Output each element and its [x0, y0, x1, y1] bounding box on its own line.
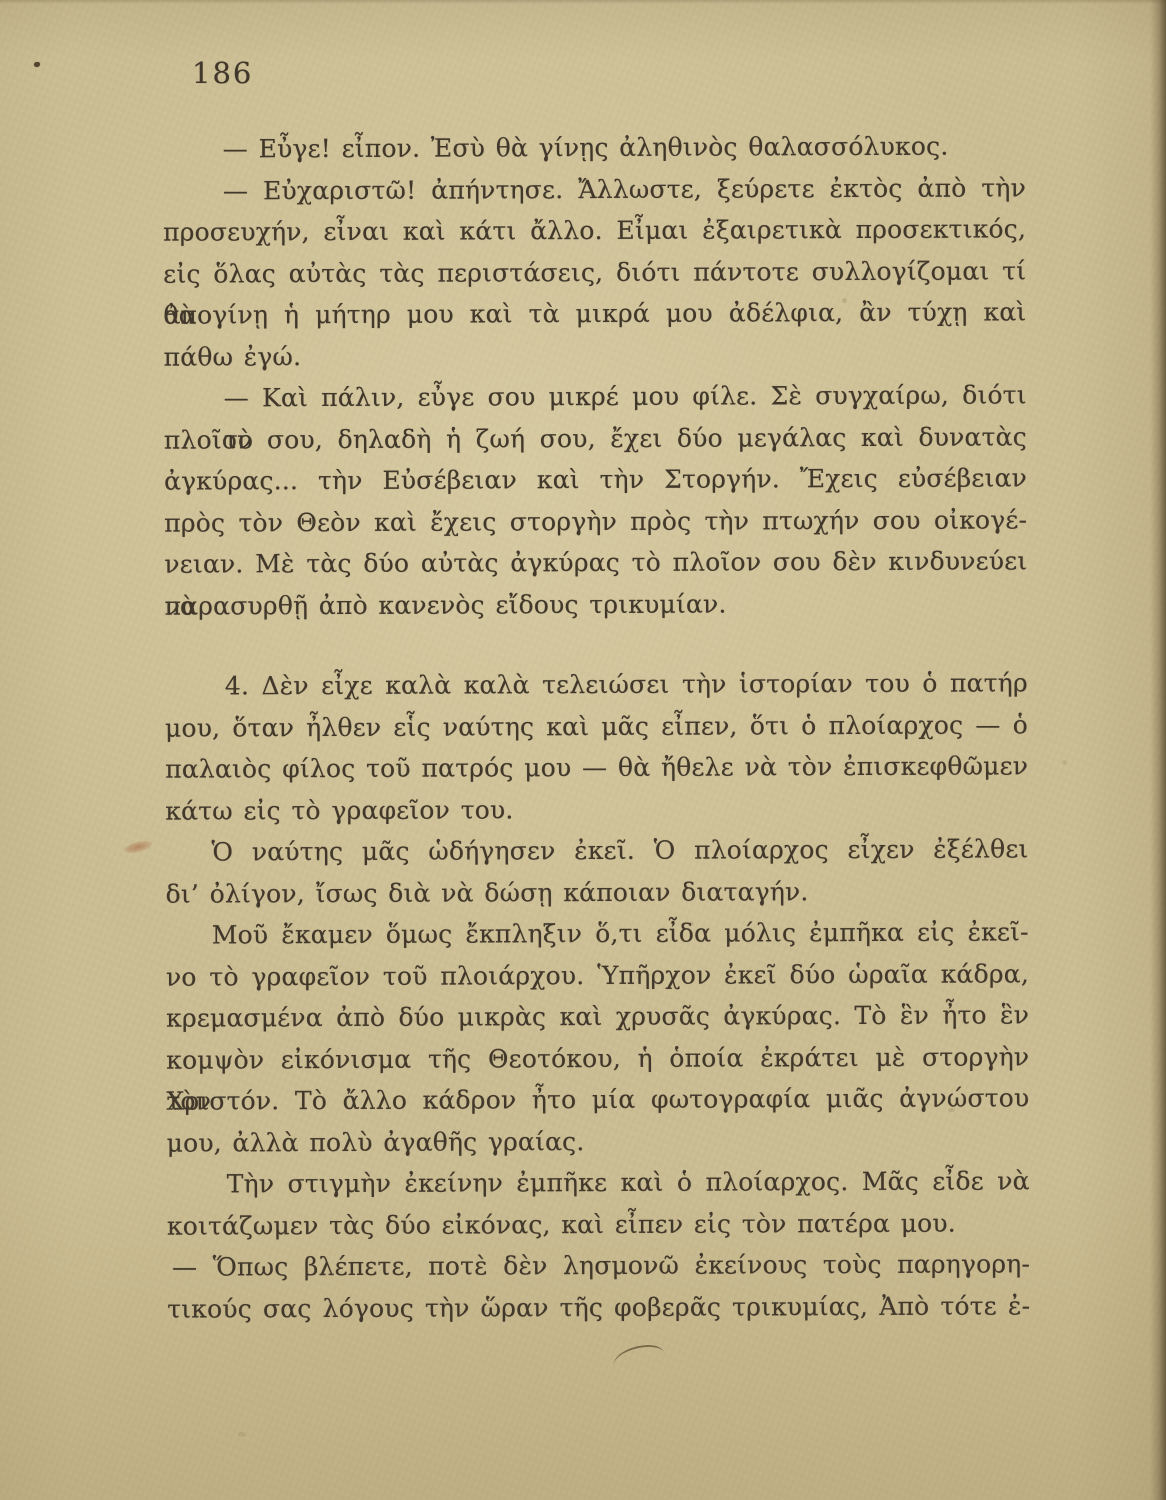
text-line: προσευχήν, εἶναι καὶ κάτι ἄλλο. Εἶμαι ἐξ… — [163, 208, 1026, 253]
scan-edge-shadow-right — [1150, 0, 1166, 1500]
text-line: — Εὐχαριστῶ! ἀπήντησε. Ἄλλωστε, ξεύρετε … — [163, 167, 1026, 212]
text-line: μου, ἀλλὰ πολὺ ἀγαθῆς γραίας. — [167, 1119, 1030, 1164]
text-line: Ὁ ναύτης μᾶς ὡδήγησεν ἐκεῖ. Ὁ πλοίαρχος … — [165, 828, 1028, 873]
text-block: — Εὖγε! εἶπον. Ἐσὺ θὰ γίνῃς ἀληθινὸς θαλ… — [163, 125, 1031, 1329]
text-line: πρὸς τὸν Θεὸν καὶ ἔχεις στοργὴν πρὸς τὴν… — [164, 499, 1027, 544]
text-line: παλαιὸς φίλος τοῦ πατρός μου — θὰ ἤθελε … — [165, 745, 1028, 790]
text-line: Μοῦ ἔκαμεν ὅμως ἔκπληξιν ὅ,τι εἶδα μόλις… — [166, 911, 1029, 956]
scan-edge-shadow-top — [0, 0, 1166, 4]
text-line: εἰς ὅλας αὐτὰς τὰς περιστάσεις, διότι πά… — [163, 250, 1026, 295]
text-line: παρασυρθῇ ἀπὸ κανενὸς εἴδους τρικυμίαν. — [164, 582, 1027, 627]
paragraph: — Ὅπως βλέπετε, ποτὲ δὲν λησμονῶ ἐκείνου… — [167, 1243, 1030, 1329]
ink-dot-artifact — [34, 62, 40, 67]
text-line: κρεμασμένα ἀπὸ δύο μικρὰς καὶ χρυσᾶς ἀγκ… — [166, 994, 1029, 1039]
paragraph: Τὴν στιγμὴν ἐκείνην ἐμπῆκε καὶ ὁ πλοίαρχ… — [167, 1160, 1030, 1246]
text-line: — Καὶ πάλιν, εὖγε σου μικρέ μου φίλε. Σὲ… — [164, 374, 1027, 419]
page-number: 186 — [192, 56, 253, 90]
text-line: μου, ὅταν ἦλθεν εἷς ναύτης καὶ μᾶς εἶπεν… — [165, 704, 1028, 749]
paragraph: — Εὖγε! εἶπον. Ἐσὺ θὰ γίνῃς ἀληθινὸς θαλ… — [163, 125, 1026, 170]
paper-speck — [1062, 760, 1067, 765]
paragraph: Μοῦ ἔκαμεν ὅμως ἔκπληξιν ὅ,τι εἶδα μόλις… — [166, 911, 1030, 1163]
text-line: πλοῖον σου, δηλαδὴ ἡ ζωή σου, ἔχει δύο μ… — [164, 416, 1027, 461]
text-line: τικούς σας λόγους τὴν ὥραν τῆς φοβερᾶς τ… — [167, 1285, 1030, 1330]
text-line: Τὴν στιγμὴν ἐκείνην ἐμπῆκε καὶ ὁ πλοίαρχ… — [167, 1160, 1030, 1205]
text-line: — Εὖγε! εἶπον. Ἐσὺ θὰ γίνῃς ἀληθινὸς θαλ… — [163, 125, 1026, 170]
text-line: νο τὸ γραφεῖον τοῦ πλοιάρχου. Ὑπῆρχον ἐκ… — [166, 953, 1029, 998]
text-line: ἀγκύρας... τὴν Εὐσέβειαν καὶ τὴν Στοργήν… — [164, 457, 1027, 502]
text-line: δι’ ὀλίγον, ἴσως διὰ νὰ δώσῃ κάποιαν δια… — [166, 870, 1029, 915]
text-line: Χριστόν. Τὸ ἄλλο κάδρον ἦτο μία φωτογραφ… — [166, 1077, 1029, 1122]
text-line: νειαν. Μὲ τὰς δύο αὐτὰς ἀγκύρας τὸ πλοῖο… — [164, 540, 1027, 585]
paper-speck — [238, 1432, 246, 1437]
text-line: 4. Δὲν εἶχε καλὰ καλὰ τελειώσει τὴν ἱστο… — [165, 662, 1028, 707]
paragraph: 4. Δὲν εἶχε καλὰ καλὰ τελειώσει τὴν ἱστο… — [165, 662, 1029, 831]
text-line: πάθω ἐγώ. — [163, 333, 1026, 378]
red-stain-artifact — [123, 839, 153, 855]
text-line: ἀπογίνῃ ἡ μήτηρ μου καὶ τὰ μικρά μου ἀδέ… — [163, 291, 1026, 336]
book-page: 186 — Εὖγε! εἶπον. Ἐσὺ θὰ γίνῃς ἀληθινὸς… — [0, 0, 1166, 1500]
text-line: κάτω εἰς τὸ γραφεῖον του. — [165, 787, 1028, 832]
paragraph: — Καὶ πάλιν, εὖγε σου μικρέ μου φίλε. Σὲ… — [164, 374, 1028, 626]
pencil-mark-artifact — [611, 1343, 665, 1367]
text-line: κομψὸν εἰκόνισμα τῆς Θεοτόκου, ἡ ὁποία ἐ… — [166, 1036, 1029, 1081]
text-line: — Ὅπως βλέπετε, ποτὲ δὲν λησμονῶ ἐκείνου… — [167, 1243, 1030, 1288]
text-line: κοιτάζωμεν τὰς δύο εἰκόνας, καὶ εἶπεν εἰ… — [167, 1202, 1030, 1247]
paragraph: — Εὐχαριστῶ! ἀπήντησε. Ἄλλωστε, ξεύρετε … — [163, 167, 1027, 378]
paragraph: Ὁ ναύτης μᾶς ὡδήγησεν ἐκεῖ. Ὁ πλοίαρχος … — [165, 828, 1028, 914]
